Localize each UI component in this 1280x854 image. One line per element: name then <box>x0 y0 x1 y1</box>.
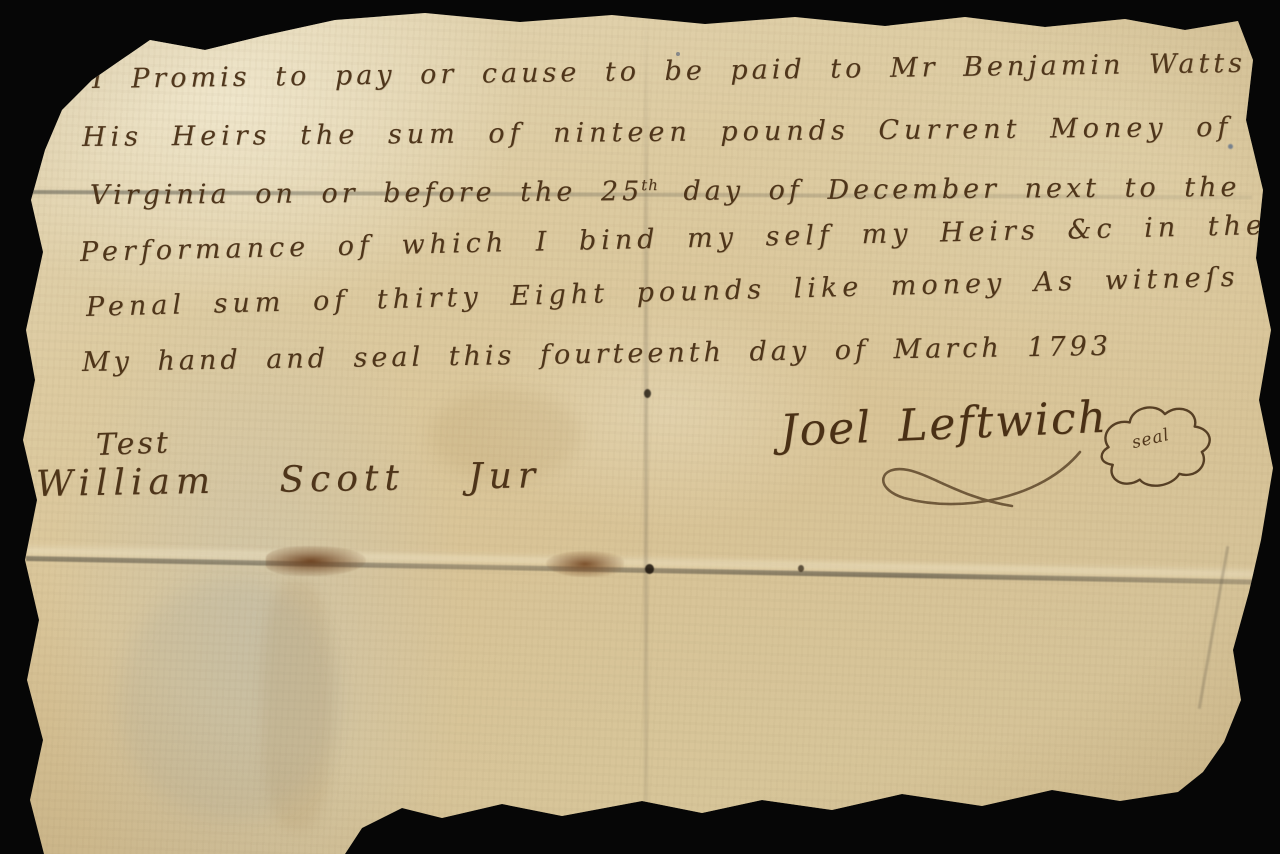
water-stain <box>430 390 580 480</box>
manuscript-line-3: Virginia on or before the 25th day of De… <box>90 172 1241 211</box>
witness-signature: William Scott Jur <box>36 455 542 505</box>
ink-spot <box>798 565 804 572</box>
seal-outline-icon <box>1081 384 1222 495</box>
scan-background: I Promis to pay or cause to be paid to M… <box>0 0 1280 854</box>
manuscript-line-6: My hand and seal this fourteenth day of … <box>82 331 1112 378</box>
seal-label: seal <box>1130 425 1172 453</box>
ink-stain <box>266 546 366 576</box>
fold-line-horizontal-upper <box>22 190 1252 199</box>
water-stain <box>120 580 340 820</box>
signature-flourish <box>842 446 1142 516</box>
manuscript-line-1: I Promis to pay or cause to be paid to M… <box>92 47 1280 95</box>
ink-stain <box>546 551 624 577</box>
ink-spot <box>1228 144 1233 149</box>
manuscript-line-2: His Heirs the sum of ninteen pounds Curr… <box>82 112 1233 153</box>
superscript-th: th <box>641 176 659 194</box>
fold-line-horizontal-lower <box>26 556 1266 585</box>
manuscript-line-3-pre: Virginia on or before the 25 <box>90 176 643 211</box>
manuscript-line-5: Penal sum of thirty Eight pounds like mo… <box>86 262 1240 323</box>
fold-line-vertical <box>644 12 648 842</box>
manuscript-line-3-post: day of December next to the <box>659 172 1241 207</box>
document-paper: I Promis to pay or cause to be paid to M… <box>0 0 1280 854</box>
fold-crease-bottom-right <box>1198 546 1230 709</box>
seal-mark: seal <box>1081 384 1222 495</box>
ink-spot <box>644 389 651 398</box>
manuscript-line-4: Performance of which I bind my self my H… <box>80 210 1268 268</box>
ink-spot <box>676 52 680 56</box>
ink-spot <box>645 564 654 574</box>
water-stain <box>262 580 332 830</box>
witness-attest-label: Test <box>95 425 171 463</box>
maker-signature: Joel Leftwich <box>779 392 1109 457</box>
